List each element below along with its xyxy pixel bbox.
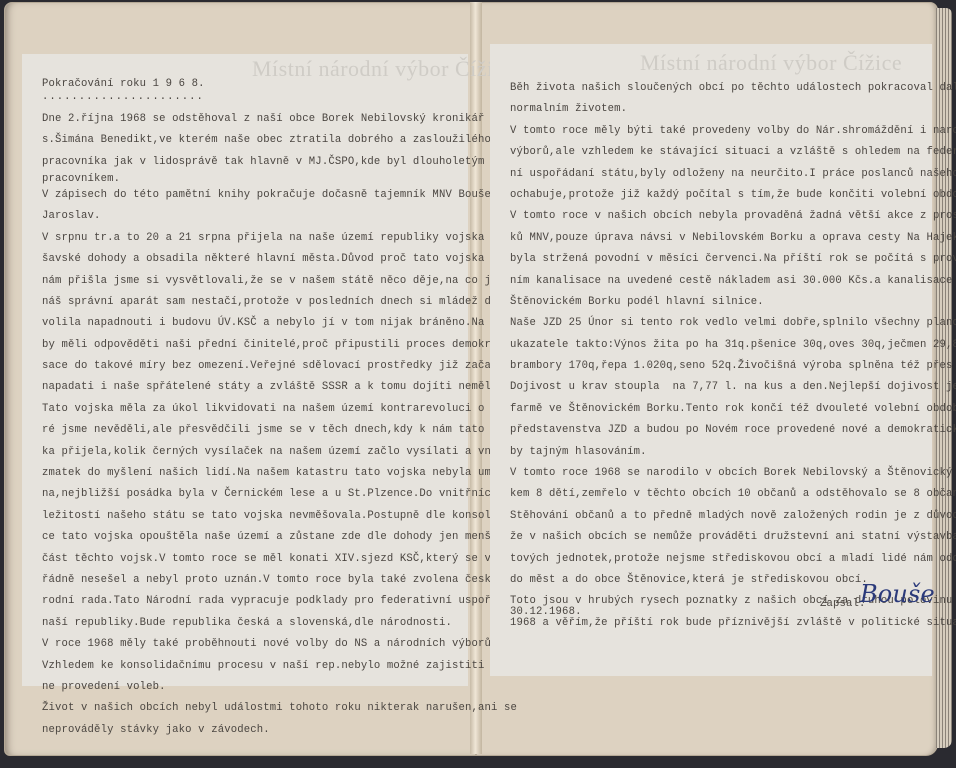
text-line: ků MNV,pouze úprava návsi v Nebilovském … (510, 228, 920, 249)
text-line: V zápisech do této pamětní knihy pokraču… (42, 185, 454, 206)
right-text-body: Běh života našich sloučených obcí po těc… (510, 78, 920, 634)
text-line: V tomto roce 1968 se narodilo v obcích B… (510, 463, 920, 484)
text-line: do měst a do obce Štěnovice,která je stř… (510, 570, 920, 591)
text-line: Dne 2.října 1968 se odstěhoval z naší ob… (42, 109, 454, 130)
text-line: Štěnovickém Borku podél hlavní silnice. (510, 292, 920, 313)
text-line: náš správní aparát sam nestačí,protože v… (42, 292, 454, 313)
text-line: s.Šimána Benedikt,ve kterém naše obec zt… (42, 130, 454, 151)
text-line: na,nejbližší posádka byla v Černickém le… (42, 484, 454, 505)
text-line: představenstva JZD a budou po Novém roce… (510, 420, 920, 441)
page-edges (936, 8, 952, 748)
open-chronicle-book: Místní národní výbor Čížice Pokračování … (4, 2, 950, 756)
text-line: Vzhledem ke konsolidačnímu procesu v naš… (42, 656, 454, 677)
text-line: rodní rada.Tato Národní rada vypracuje p… (42, 591, 454, 612)
text-line: brambory 170q,řepa 1.020q,seno 52q.Živoč… (510, 356, 920, 377)
entry-date: 30.12.1968. (510, 602, 582, 623)
text-line: ním kanalisace na uvedené cestě nákladem… (510, 271, 920, 292)
text-line: výborů,ale vzhledem ke stávající situaci… (510, 142, 920, 163)
text-line: normalním životem. (510, 99, 920, 120)
left-typed-sheet: Místní národní výbor Čížice Pokračování … (22, 54, 468, 686)
letterhead-watermark: Místní národní výbor Čížice (252, 58, 514, 79)
signature-label: Zapsal: (820, 594, 866, 615)
text-line: V tomto roce měly býti také provedeny vo… (510, 121, 920, 142)
text-line: volila napadnouti i budovu ÚV.KSČ a neby… (42, 313, 454, 334)
text-line: že v našich obcích se nemůže prováděti d… (510, 527, 920, 548)
text-line: ochabuje,protože již každý počítal s tím… (510, 185, 920, 206)
text-line: ležitostí našeho státu se tato vojska ne… (42, 506, 454, 527)
handwritten-signature: Bouše (860, 584, 935, 605)
text-line: ce tato vojska opouštěla naše území a zů… (42, 527, 454, 548)
text-line: část těchto vojsk.V tomto roce se měl ko… (42, 549, 454, 570)
left-text-body: Dne 2.října 1968 se odstěhoval z naší ob… (42, 109, 454, 741)
text-line: nám přišla jsme si vysvětlovali,že se v … (42, 271, 454, 292)
text-line: řádně nesešel a nebyl proto uznán.V tomt… (42, 570, 454, 591)
text-line: Naše JZD 25 Únor si tento rok vedlo velm… (510, 313, 920, 334)
text-line: Běh života našich sloučených obcí po těc… (510, 78, 920, 99)
text-line: V tomto roce v našich obcích nebyla prov… (510, 206, 920, 227)
text-line: by tajným hlasováním. (510, 442, 920, 463)
text-line: ne provedení voleb. (42, 677, 454, 698)
text-line: neprováděly stávky jako v závodech. (42, 720, 454, 741)
text-line: Tato vojska měla za úkol likvidovati na … (42, 399, 454, 420)
text-line: pracovníkem. (42, 173, 454, 185)
text-line: pracovníka jak v lidosprávě tak hlavně v… (42, 152, 454, 173)
text-line: naší republiky.Bude republika česká a sl… (42, 613, 454, 634)
letterhead-watermark: Místní národní výbor Čížice (640, 52, 902, 73)
text-line: ukazatele takto:Výnos žita po ha 31q.pše… (510, 335, 920, 356)
text-line: Stěhování občanů a to předně mladých nov… (510, 506, 920, 527)
text-line: napadati i naše spřátelené státy a zvláš… (42, 377, 454, 398)
title-underline: ...................... (42, 87, 454, 108)
text-line: V srpnu tr.a to 20 a 21 srpna přijela na… (42, 228, 454, 249)
text-line: ré jsme nevěděli,ale přesvědčili jsme se… (42, 420, 454, 441)
text-line: byla stržená povodní v měsíci červenci.N… (510, 249, 920, 270)
right-typed-sheet: Místní národní výbor Čížice Běh života n… (490, 44, 932, 676)
text-line: ní uspořádaní státu,byly odloženy na neu… (510, 164, 920, 185)
text-line: Dojivost u krav stoupla na 7,77 l. na ku… (510, 377, 920, 398)
text-line: tových jednotek,protože nejsme středisko… (510, 549, 920, 570)
text-line: farmě ve Štěnovickém Borku.Tento rok kon… (510, 399, 920, 420)
text-line: Život v našich obcích nebyl událostmi to… (42, 698, 454, 719)
text-line: sace do takové míry bez omezení.Veřejné … (42, 356, 454, 377)
text-line: zmatek do myšlení našich lidí.Na našem k… (42, 463, 454, 484)
text-line: V roce 1968 měly také proběhnouti nové v… (42, 634, 454, 655)
text-line: by měli odpověděti naši přední činitelé,… (42, 335, 454, 356)
text-line: kem 8 dětí,zemřelo v těchto obcích 10 ob… (510, 484, 920, 505)
text-line: šavské dohody a obsadila některé hlavní … (42, 249, 454, 270)
text-line: Jaroslav. (42, 206, 454, 227)
text-line: ka přijela,kolik černých vysílaček na na… (42, 442, 454, 463)
